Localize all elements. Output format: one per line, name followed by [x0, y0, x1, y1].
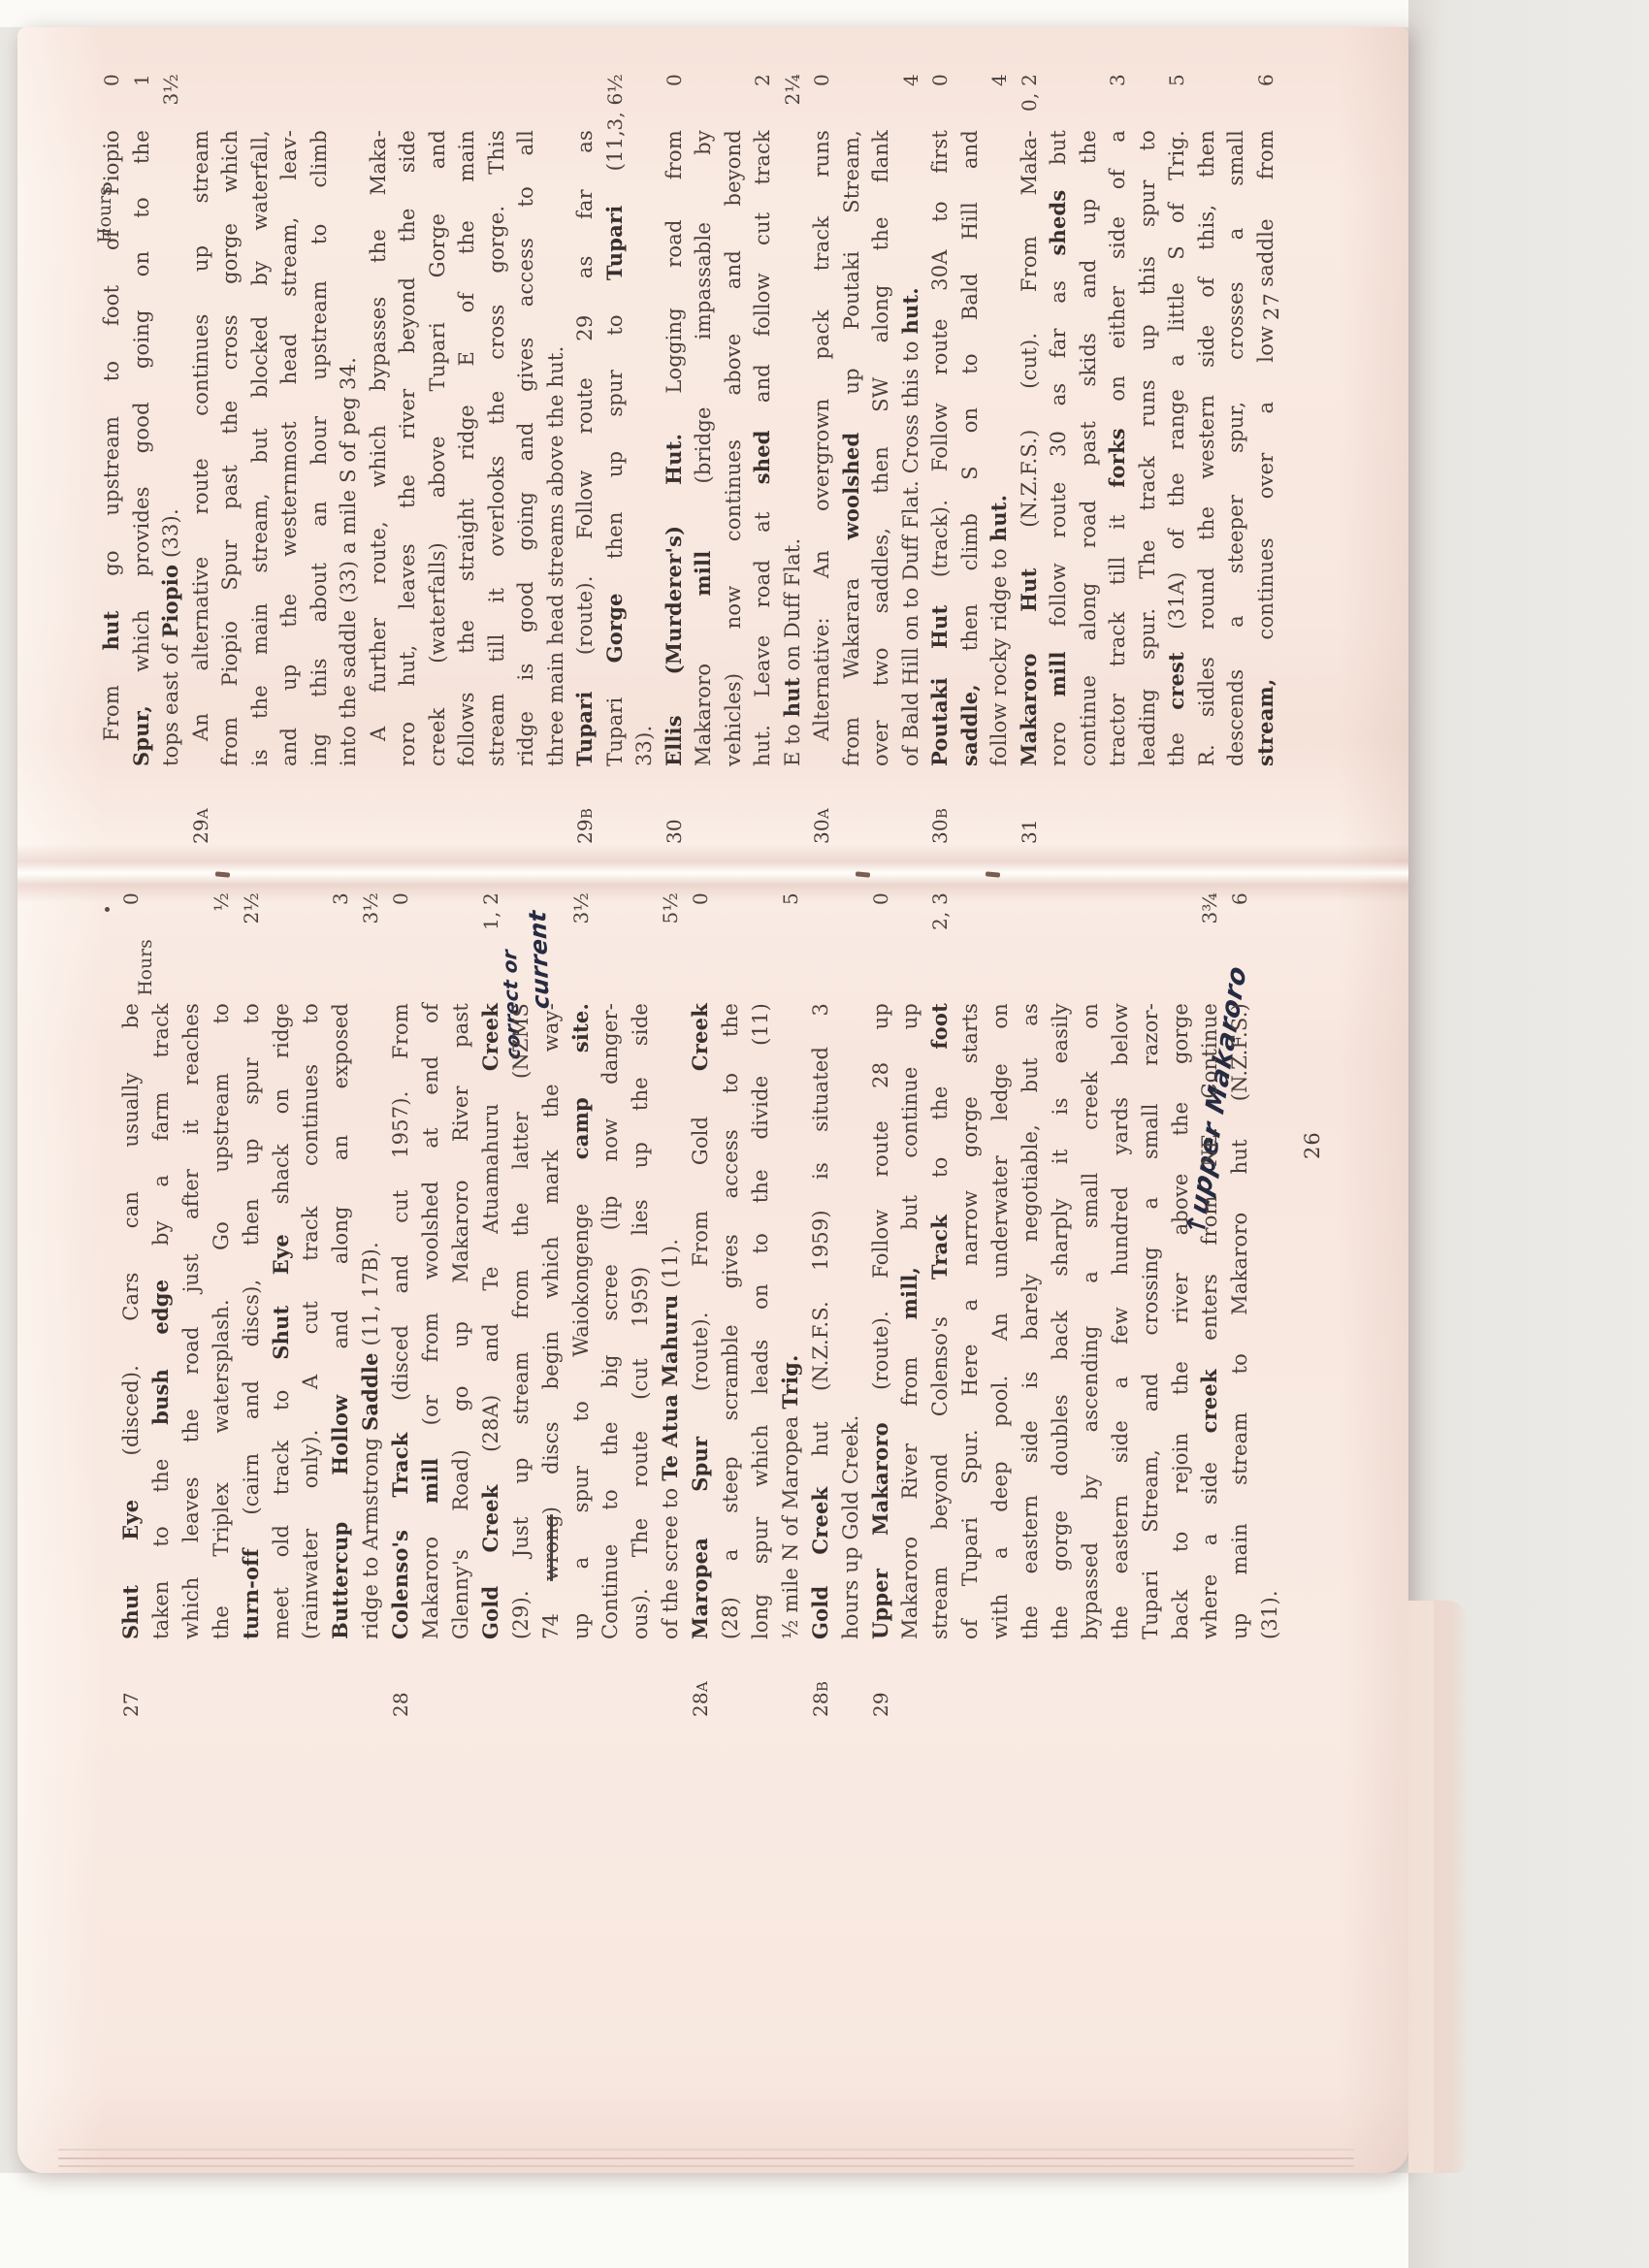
line-text: (rainwater only). A cut track continues …: [296, 1003, 325, 1639]
line-text: (29). Just up stream from the latter (NZ…: [506, 1003, 535, 1639]
line-text: over two saddles, then SW along the flan…: [866, 130, 895, 766]
line-text: (28) a steep scramble gives access to th…: [716, 1003, 745, 1639]
text-line: 28Colenso's Track (disced and cut 1957).…: [386, 914, 416, 1639]
hours-value: 3½: [566, 892, 596, 1019]
route-number: 28: [386, 1647, 415, 1717]
line-text: hut. Leave road at shed and follow cut t…: [748, 130, 777, 766]
text-line: descends a steeper spur, crosses a small: [1221, 41, 1251, 766]
text-line: 29BTupari (route). Follow route 29 as fa…: [570, 41, 600, 766]
text-line: ridge is good going and gives access to …: [511, 41, 541, 766]
line-text: ing this about an hour upstream to climb: [305, 130, 334, 766]
line-text: the gorge doubles back sharply it is eas…: [1046, 1003, 1075, 1639]
hours-value: 1, 2: [476, 892, 505, 1019]
line-text: three main head streams above the hut.: [541, 130, 570, 766]
hours-value: 0: [925, 74, 954, 200]
text-line: R. sidles round the western side of this…: [1192, 41, 1222, 766]
text-line: E to hut on Duff Flat.2¼: [778, 41, 808, 766]
scanner-background: [0, 0, 1649, 27]
text-line: ing this about an hour upstream to climb: [305, 41, 335, 766]
text-line: of Bald Hill on to Duff Flat. Cross this…: [896, 41, 926, 766]
page-stack-edge: [1408, 1601, 1469, 2173]
hours-value: ½: [207, 892, 236, 1019]
ink-speck: [105, 907, 110, 912]
text-line: roro hut, leaves the river beyond the si…: [393, 41, 423, 766]
line-text: which leaves the road just after it reac…: [177, 1003, 206, 1639]
text-line: continue along road past skids and up th…: [1074, 41, 1104, 766]
text-line: into the saddle (33) a mile S of peg 34.: [334, 41, 364, 766]
text-line: back to rejoin the river above the gorge: [1166, 914, 1196, 1639]
line-text: 33).: [630, 130, 659, 766]
line-text: Upper Makaroro (route). Follow route 28 …: [866, 1003, 895, 1639]
line-text: of Tupari Spur. Here a narrow gorge star…: [955, 1003, 985, 1639]
text-line: hut. Leave road at shed and follow cut t…: [748, 41, 778, 766]
text-line: the eastern side a few hundred yards bel…: [1106, 914, 1136, 1639]
scanned-book: Hours 26 correct or current ↑upper Makar…: [0, 0, 1649, 2268]
line-text: up main stream to Makaroro hut (N.Z.F.S.…: [1225, 1003, 1254, 1639]
page-edge: [58, 2165, 1354, 2167]
line-text: E to hut on Duff Flat.: [778, 130, 807, 766]
line-text: Shut Eye (disced). Cars can usually be: [116, 1003, 145, 1639]
line-text: the Triplex watersplash. Go upstream to: [207, 1003, 236, 1639]
hours-value: 5½: [656, 892, 685, 1019]
text-line: tops east of Piopio (33).3½: [156, 41, 186, 766]
line-text: continue along road past skids and up th…: [1074, 130, 1103, 766]
hours-value: 3½: [356, 892, 385, 1019]
text-line: 30Ellis (Murderer's) Hut. Logging road f…: [660, 41, 690, 766]
text-line: up a spur to Waiokongenge camp site.3½: [566, 914, 597, 1639]
text-line: from Wakarara woolshed up Poutaki Stream…: [837, 41, 867, 766]
text-line: (31).: [1255, 914, 1285, 1639]
text-line: the crest (31A) of the range a little S …: [1162, 41, 1192, 766]
line-text: bypassed by ascending a small creek on: [1076, 1003, 1105, 1639]
text-line: Makaroro mill (bridge impassable by: [689, 41, 719, 766]
route-number: 30: [660, 774, 689, 844]
text-line: and up the westernmost head stream, leav…: [275, 41, 305, 766]
hours-value: 4: [896, 74, 925, 200]
hours-value: 2, 3: [925, 892, 954, 1019]
text-line: follow rocky ridge to hut.4: [985, 41, 1015, 766]
line-text: with a deep pool. An underwater ledge on: [986, 1003, 1015, 1639]
line-text: the eastern side is barely negotiable, b…: [1016, 1003, 1045, 1639]
line-text: ridge is good going and gives access to …: [511, 130, 540, 766]
text-line: the gorge doubles back sharply it is eas…: [1046, 914, 1076, 1639]
hours-value: 0: [386, 892, 415, 1019]
line-text: Spur, which provides good going on to th…: [127, 130, 156, 766]
line-text: Tupari Gorge then up spur to Tupari (11,: [600, 130, 630, 766]
line-text: from Piopio Spur past the cross gorge wh…: [215, 130, 244, 766]
line-text: meet old track to Shut Eye shack on ridg…: [267, 1003, 296, 1639]
line-text: Makaroro Hut (N.Z.F.S.) (cut). From Maka…: [1015, 130, 1044, 766]
text-line: saddle, then climb S on to Bald Hill and: [955, 41, 986, 766]
line-text: Makaroro mill (bridge impassable by: [689, 130, 718, 766]
text-line: tractor track till it forks on either si…: [1103, 41, 1133, 766]
line-text: leading spur. The track runs up this spu…: [1133, 130, 1162, 766]
hours-value: 0: [807, 74, 836, 200]
text-line: (29). Just up stream from the latter (NZ…: [506, 914, 536, 1639]
text-line: meet old track to Shut Eye shack on ridg…: [267, 914, 297, 1639]
text-line: 29Upper Makaroro (route). Follow route 2…: [866, 914, 896, 1639]
text-line: creek (waterfalls) above Tupari Gorge an…: [423, 41, 453, 766]
hours-value: 3¾: [1195, 892, 1224, 1019]
line-text: roro mill follow route 30 as far as shed…: [1044, 130, 1073, 766]
text-line: hours up Gold Creek.: [836, 914, 866, 1639]
line-text: hours up Gold Creek.: [836, 1003, 865, 1639]
line-text: 74 wrong) discs begin which mark the way…: [536, 1003, 566, 1639]
line-text: stream till it overlooks the cross gorge…: [482, 130, 511, 766]
route-number: 31: [1015, 774, 1044, 844]
line-text: Colenso's Track (disced and cut 1957). F…: [386, 1003, 415, 1639]
text-line: ½ mile N of Maropea Trig.5: [776, 914, 806, 1639]
line-text: Ellis (Murderer's) Hut. Logging road fro…: [660, 130, 689, 766]
text-line: Buttercup Hollow and along an exposed3: [326, 914, 356, 1639]
hours-value: 5: [776, 892, 805, 1019]
line-text: ridge to Armstrong Saddle (11, 17B).: [356, 1003, 385, 1639]
hours-value: 2¼: [778, 74, 807, 200]
line-text: tops east of Piopio (33).: [156, 130, 185, 766]
line-text: An alternative route continues up stream: [186, 130, 215, 741]
line-text: of the scree to Te Atua Mahuru (11).: [656, 1003, 685, 1639]
text-line: up main stream to Makaroro hut (N.Z.F.S.…: [1225, 914, 1255, 1639]
route-number: 28A: [686, 1647, 717, 1717]
text-line: vehicles) now continues above and beyond: [719, 41, 749, 766]
text-line: 28AMaropea Spur (route). From Gold Creek…: [686, 914, 716, 1639]
text-line: (rainwater only). A cut track continues …: [296, 914, 326, 1639]
text-line: 30BPoutaki Hut (track). Follow route 30A…: [925, 41, 955, 766]
text-line: turn-off (cairn and discs), then up spur…: [237, 914, 267, 1639]
text-line: Gold Creek (28A) and Te Atuamahuru Creek…: [476, 914, 506, 1639]
line-text: stream, continues over a low saddle from: [1251, 130, 1280, 766]
line-text: and up the westernmost head stream, leav…: [275, 130, 304, 766]
line-text: (31).: [1255, 1003, 1284, 1639]
text-line: where a side creek enters from NE. Conti…: [1195, 914, 1225, 1639]
hours-value: 3½: [156, 74, 185, 200]
line-text: descends a steeper spur, crosses a small: [1221, 130, 1250, 766]
hours-value: 0: [686, 892, 715, 1019]
line-text: into the saddle (33) a mile S of peg 34.: [334, 130, 363, 766]
line-text: Makaroro River from mill, but continue u…: [895, 1003, 924, 1639]
text-line: the Triplex watersplash. Go upstream to½: [207, 914, 237, 1639]
page-edge: [58, 2149, 1354, 2151]
line-text: Tupari Stream, and crossing a small razo…: [1136, 1003, 1165, 1639]
line-text: Gold Creek hut (N.Z.F.S. 1959) is situat…: [806, 1003, 835, 1639]
text-line: 74 wrong) discs begin which mark the way…: [536, 914, 566, 1639]
line-text: creek (waterfalls) above Tupari Gorge an…: [423, 130, 452, 766]
line-text: follow rocky ridge to hut.: [985, 130, 1014, 766]
text-line: From hut go upstream to foot of Piopio0: [97, 41, 127, 766]
text-line: stream till it overlooks the cross gorge…: [482, 41, 512, 766]
line-text: From hut go upstream to foot of Piopio: [97, 130, 126, 741]
hours-value: 0: [97, 74, 126, 200]
text-line: stream beyond Colenso's Track to the foo…: [925, 914, 955, 1639]
hours-value: 6: [1225, 892, 1254, 1019]
text-line: ridge to Armstrong Saddle (11, 17B).3½: [356, 914, 386, 1639]
hours-value: 3: [1103, 74, 1132, 200]
line-text: long spur which leads on to the divide (…: [746, 1003, 775, 1639]
hours-value: 3: [326, 892, 355, 1019]
line-text: Buttercup Hollow and along an exposed: [326, 1003, 355, 1639]
route-number: 29A: [186, 774, 217, 844]
hours-value: 0: [660, 74, 689, 200]
hours-value: 2½: [237, 892, 266, 1019]
text-line: of the scree to Te Atua Mahuru (11).5½: [656, 914, 686, 1639]
route-number: 29B: [570, 774, 601, 844]
line-text: A further route, which bypasses the Maka…: [364, 130, 393, 741]
line-text: Continue to the big scree (lip now dange…: [596, 1003, 625, 1639]
line-text: Makaroro mill (or from woolshed at end o…: [416, 1003, 445, 1639]
text-line: (28) a steep scramble gives access to th…: [716, 914, 746, 1639]
text-line: Makaroro mill (or from woolshed at end o…: [416, 914, 446, 1639]
text-line: three main head streams above the hut.: [541, 41, 571, 766]
line-text: ½ mile N of Maropea Trig.: [776, 1003, 805, 1639]
text-line: roro mill follow route 30 as far as shed…: [1044, 41, 1074, 766]
text-line: over two saddles, then SW along the flan…: [866, 41, 896, 766]
text-line: 27Shut Eye (disced). Cars can usually be…: [116, 914, 146, 1639]
line-text: where a side creek enters from NE. Conti…: [1195, 1003, 1224, 1639]
line-text: Tupari (route). Follow route 29 as far a…: [570, 130, 599, 766]
page-26: Hours 26 correct or current ↑upper Makar…: [0, 914, 1649, 1639]
line-text: from Wakarara woolshed up Poutaki Stream…: [837, 130, 866, 766]
text-line: the eastern side is barely negotiable, b…: [1016, 914, 1046, 1639]
text-line: from Piopio Spur past the cross gorge wh…: [215, 41, 245, 766]
route-number: 30B: [925, 774, 956, 844]
hours-value: 0, 2: [1015, 74, 1044, 200]
page-27: Hours 27 From hut go upstream to foot of…: [0, 41, 1649, 766]
page-edge: [58, 2157, 1354, 2159]
line-text: Alternative: An overgrown pack track run…: [807, 130, 836, 741]
route-number: 27: [116, 1647, 145, 1717]
route-number: 30A: [807, 774, 838, 844]
hours-value: 3, 6½: [600, 74, 630, 200]
scanner-background: [0, 2173, 1649, 2268]
hours-value: 4: [985, 74, 1014, 200]
hours-value: 0: [866, 892, 895, 1019]
text-line: 31Makaroro Hut (N.Z.F.S.) (cut). From Ma…: [1015, 41, 1045, 766]
line-text: R. sidles round the western side of this…: [1192, 130, 1221, 766]
text-line: A further route, which bypasses the Maka…: [364, 41, 394, 766]
line-text: stream beyond Colenso's Track to the foo…: [925, 1003, 954, 1639]
hours-value: 5: [1162, 74, 1191, 200]
line-text: back to rejoin the river above the gorge: [1166, 1003, 1195, 1639]
text-line: which leaves the road just after it reac…: [177, 914, 207, 1639]
line-text: vehicles) now continues above and beyond: [719, 130, 748, 766]
line-text: Maropea Spur (route). From Gold Creek: [686, 1003, 715, 1639]
line-text: the eastern side a few hundred yards bel…: [1106, 1003, 1135, 1639]
text-line: leading spur. The track runs up this spu…: [1133, 41, 1163, 766]
text-line: 33).: [630, 41, 660, 766]
hours-value: 2: [748, 74, 777, 200]
text-line: ous). The route (cut 1959) lies up the s…: [626, 914, 656, 1639]
text-line: 30AAlternative: An overgrown pack track …: [807, 41, 837, 766]
text-line: follows the straight ridge E of the main: [452, 41, 482, 766]
text-line: long spur which leads on to the divide (…: [746, 914, 776, 1639]
text-line: Glenny's Road) go up Makaroro River past: [446, 914, 476, 1639]
text-line: Tupari Stream, and crossing a small razo…: [1136, 914, 1166, 1639]
text-line: bypassed by ascending a small creek on: [1076, 914, 1106, 1639]
text-line: 28BGold Creek hut (N.Z.F.S. 1959) is sit…: [806, 914, 836, 1639]
line-text: follows the straight ridge E of the main: [452, 130, 481, 766]
line-text: is the main stream, but blocked by water…: [245, 130, 275, 766]
line-text: Gold Creek (28A) and Te Atuamahuru Creek: [476, 1003, 505, 1639]
route-number: 28B: [806, 1647, 837, 1717]
text-line: Tupari Gorge then up spur to Tupari (11,…: [600, 41, 630, 766]
line-text: roro hut, leaves the river beyond the si…: [393, 130, 422, 766]
text-line: is the main stream, but blocked by water…: [245, 41, 275, 766]
text-line: taken to the bush edge by a farm track: [146, 914, 177, 1639]
line-text: tractor track till it forks on either si…: [1103, 130, 1132, 766]
text-line: Makaroro River from mill, but continue u…: [895, 914, 925, 1639]
text-line: stream, continues over a low saddle from…: [1251, 41, 1281, 766]
text-line: Spur, which provides good going on to th…: [127, 41, 157, 766]
page-number: 26: [1298, 1131, 1327, 1159]
text-line: 29AAn alternative route continues up str…: [186, 41, 216, 766]
text-line: Continue to the big scree (lip now dange…: [596, 914, 626, 1639]
line-text: of Bald Hill on to Duff Flat. Cross this…: [896, 130, 925, 766]
hours-value: 1: [127, 74, 156, 200]
text-line: with a deep pool. An underwater ledge on: [986, 914, 1016, 1639]
line-text: up a spur to Waiokongenge camp site.: [566, 1003, 596, 1639]
line-text: ous). The route (cut 1959) lies up the s…: [626, 1003, 655, 1639]
line-text: the crest (31A) of the range a little S …: [1162, 130, 1191, 766]
hours-value: 6: [1251, 74, 1280, 200]
line-text: taken to the bush edge by a farm track: [146, 1003, 176, 1639]
line-text: Glenny's Road) go up Makaroro River past: [446, 1003, 475, 1639]
text-line: of Tupari Spur. Here a narrow gorge star…: [955, 914, 986, 1639]
line-text: turn-off (cairn and discs), then up spur…: [237, 1003, 266, 1639]
hours-value: 0: [116, 892, 145, 1019]
line-text: Poutaki Hut (track). Follow route 30A to…: [925, 130, 954, 766]
line-text: saddle, then climb S on to Bald Hill and: [955, 130, 985, 766]
route-number: 29: [866, 1647, 895, 1717]
